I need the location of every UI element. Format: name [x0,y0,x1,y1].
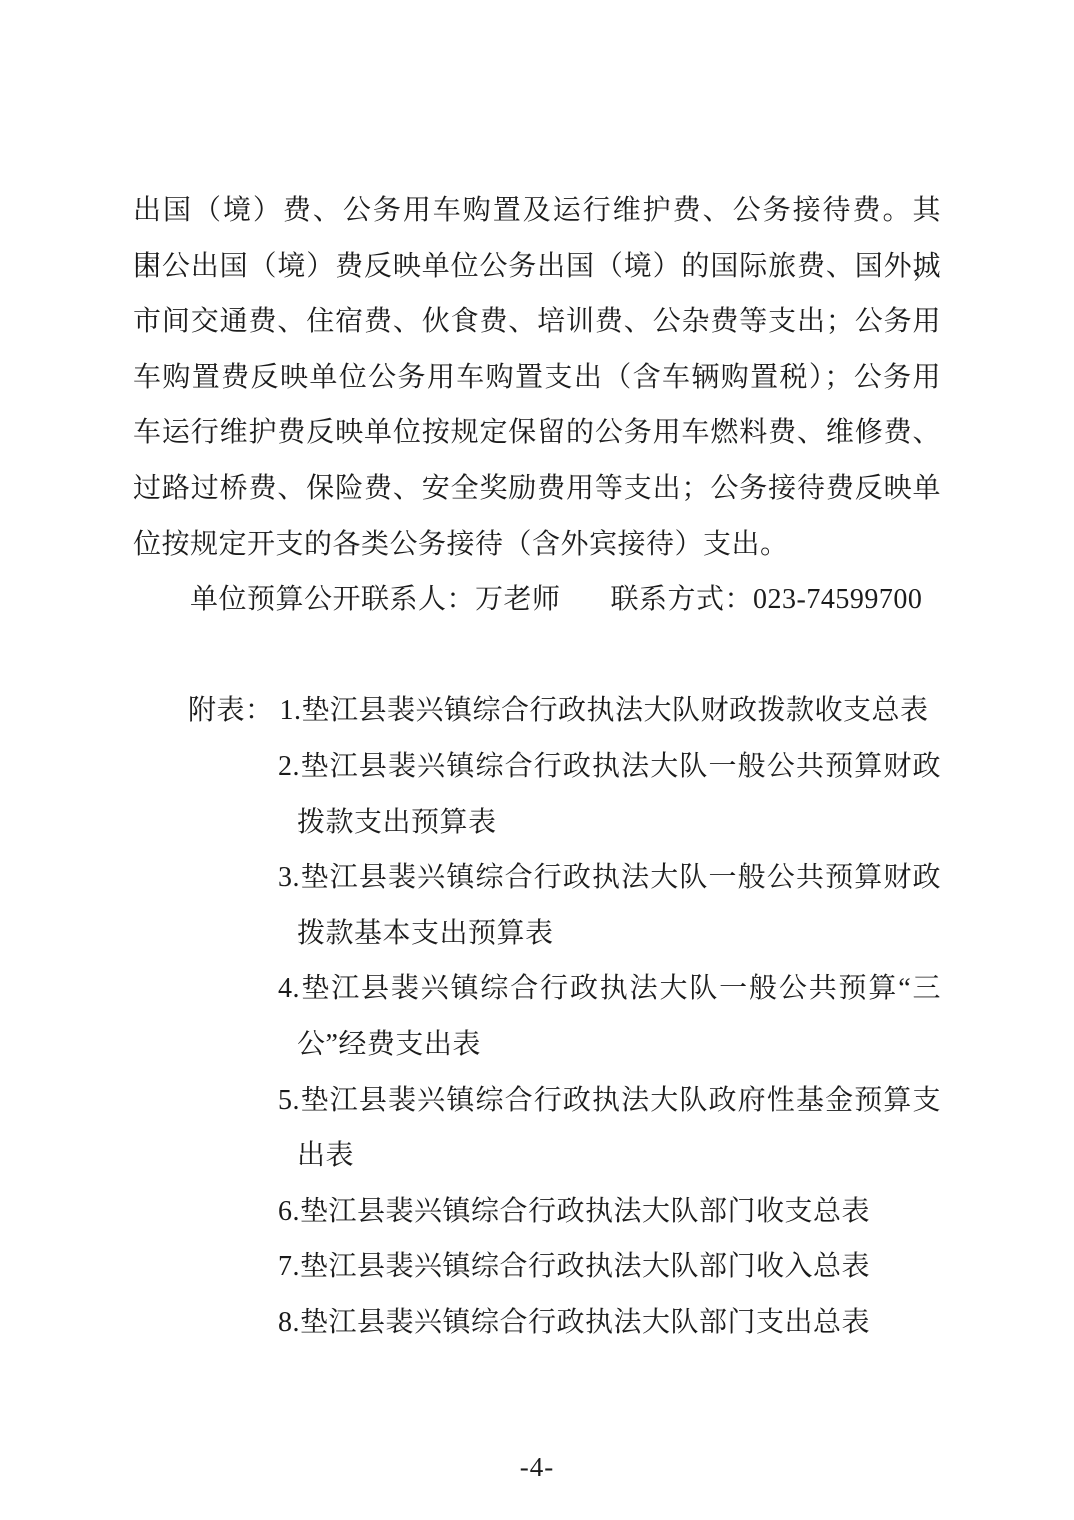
attachment-row: 8.垫江县裴兴镇综合行政执法大队部门支出总表 [133,1295,941,1351]
attachment-row-continuation: 出表 [133,1128,941,1184]
body-paragraph: 出国（境）费、公务用车购置及运行维护费、公务接待费。其中， 因公出国（境）费反映… [133,183,941,572]
contact-phone-label: 联系方式： [611,584,754,615]
attachment-row-continuation: 公”经费支出表 [133,1017,941,1073]
paragraph-line: 过路过桥费、保险费、安全奖励费用等支出；公务接待费反映单 [133,461,941,517]
paragraph-line: 出国（境）费、公务用车购置及运行维护费、公务接待费。其中， [133,183,941,239]
paragraph-line: 因公出国（境）费反映单位公务出国（境）的国际旅费、国外城 [133,239,941,295]
attachment-row: 7.垫江县裴兴镇综合行政执法大队部门收入总表 [133,1239,941,1295]
attachment-row: 6.垫江县裴兴镇综合行政执法大队部门收支总表 [133,1184,941,1240]
attachment-row: 4.垫江县裴兴镇综合行政执法大队一般公共预算“三 [133,961,941,1017]
attachment-row: 2.垫江县裴兴镇综合行政执法大队一般公共预算财政 [133,739,941,795]
attachment-row: 附表：1.垫江县裴兴镇综合行政执法大队财政拨款收支总表 [133,683,941,739]
attachment-row: 5.垫江县裴兴镇综合行政执法大队政府性基金预算支 [133,1073,941,1129]
contact-phone-number: 023-74599700 [753,584,922,615]
document-page: 出国（境）费、公务用车购置及运行维护费、公务接待费。其中， 因公出国（境）费反映… [0,0,1074,1520]
attachment-row-text: 1.垫江县裴兴镇综合行政执法大队财政拨款收支总表 [280,695,929,726]
paragraph-line: 市间交通费、住宿费、伙食费、培训费、公杂费等支出；公务用 [133,294,941,350]
paragraph-line: 车购置费反映单位公务用车购置支出（含车辆购置税）；公务用 [133,350,941,406]
attachment-row-continuation: 拨款基本支出预算表 [133,906,941,962]
attachment-row: 3.垫江县裴兴镇综合行政执法大队一般公共预算财政 [133,850,941,906]
paragraph-line: 车运行维护费反映单位按规定保留的公务用车燃料费、维修费、 [133,405,941,461]
blank-line [133,628,941,684]
paragraph-line: 位按规定开支的各类公务接待（含外宾接待）支出。 [133,517,941,573]
page-number: -4- [0,1452,1074,1483]
attachment-row-continuation: 拨款支出预算表 [133,795,941,851]
contact-line: 单位预算公开联系人：万老师联系方式：023-74599700 [133,572,941,628]
contact-person-label: 单位预算公开联系人： [190,584,475,615]
attachment-list-label: 附表： [188,695,274,726]
attachment-list: 附表：1.垫江县裴兴镇综合行政执法大队财政拨款收支总表 2.垫江县裴兴镇综合行政… [133,683,941,1350]
page-body: 出国（境）费、公务用车购置及运行维护费、公务接待费。其中， 因公出国（境）费反映… [133,183,941,1350]
contact-person-name: 万老师 [475,584,561,615]
